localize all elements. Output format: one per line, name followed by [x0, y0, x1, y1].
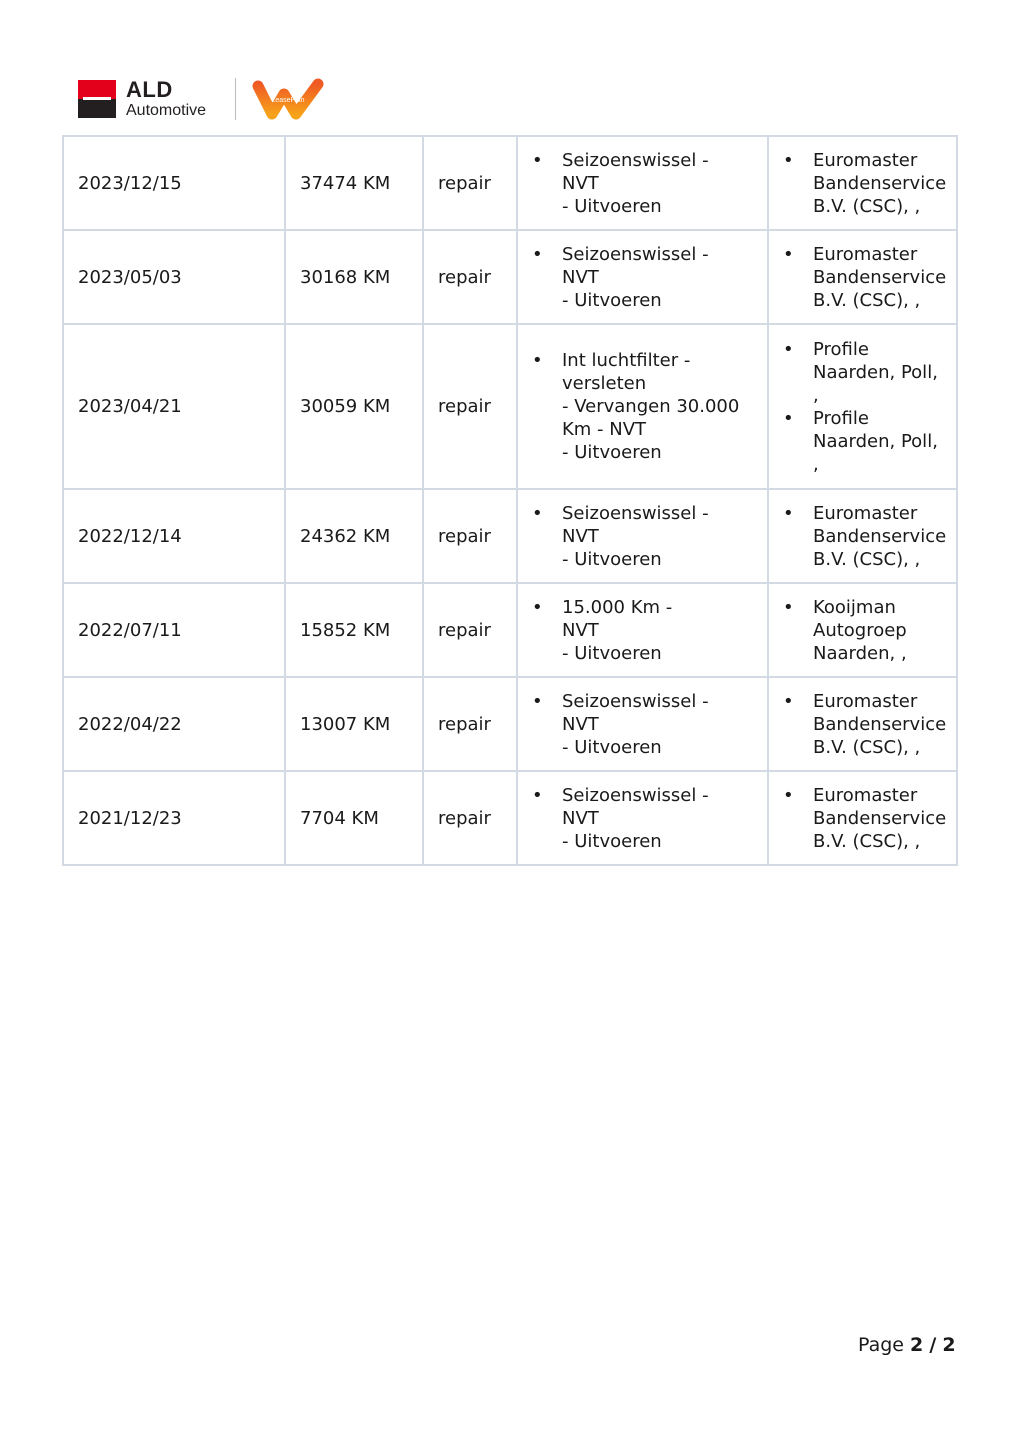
service-text: Seizoenswissel - NVT - Uitvoeren	[562, 503, 709, 570]
service-item: •Seizoenswissel - NVT - Uitvoeren	[532, 502, 767, 571]
cell-type: repair	[423, 771, 517, 865]
svg-text:LeasePlan: LeasePlan	[271, 97, 304, 104]
bullet-icon: •	[783, 407, 794, 430]
cell-services: •Int luchtfilter - versleten - Vervangen…	[517, 324, 768, 489]
bullet-icon: •	[783, 502, 794, 525]
service-item: •Seizoenswissel - NVT - Uitvoeren	[532, 243, 767, 312]
supplier-item: •Euromaster Bandenservice B.V. (CSC), ,	[783, 149, 956, 218]
supplier-text: Kooijman Autogroep Naarden, ,	[813, 597, 907, 664]
supplier-text: Euromaster Bandenservice B.V. (CSC), ,	[813, 503, 946, 570]
cell-services: •Seizoenswissel - NVT - Uitvoeren	[517, 230, 768, 324]
supplier-text: Euromaster Bandenservice B.V. (CSC), ,	[813, 785, 946, 852]
maintenance-history-table: 2023/12/1537474 KMrepair•Seizoenswissel …	[62, 135, 958, 866]
cell-type: repair	[423, 136, 517, 230]
cell-mileage: 24362 KM	[285, 489, 423, 583]
bullet-icon: •	[783, 243, 794, 266]
supplier-item: •Profile Naarden, Poll, ,	[783, 407, 956, 476]
brand-line2: Automotive	[126, 102, 206, 120]
supplier-text: Euromaster Bandenservice B.V. (CSC), ,	[813, 691, 946, 758]
cell-type: repair	[423, 324, 517, 489]
page-current: 2	[910, 1334, 923, 1356]
cell-date: 2022/07/11	[63, 583, 285, 677]
service-text: Seizoenswissel - NVT - Uitvoeren	[562, 150, 709, 217]
table-row: 2021/12/237704 KMrepair•Seizoenswissel -…	[63, 771, 957, 865]
bullet-icon: •	[532, 243, 543, 266]
service-text: 15.000 Km - NVT - Uitvoeren	[562, 597, 672, 664]
cell-type: repair	[423, 230, 517, 324]
cell-date: 2023/12/15	[63, 136, 285, 230]
table-row: 2022/07/1115852 KMrepair•15.000 Km - NVT…	[63, 583, 957, 677]
cell-date: 2022/12/14	[63, 489, 285, 583]
bullet-icon: •	[532, 784, 543, 807]
bullet-icon: •	[532, 149, 543, 172]
bullet-icon: •	[532, 502, 543, 525]
service-item: •15.000 Km - NVT - Uitvoeren	[532, 596, 767, 665]
brand-line1: ALD	[126, 78, 206, 102]
table-row: 2022/12/1424362 KMrepair•Seizoenswissel …	[63, 489, 957, 583]
cell-services: •Seizoenswissel - NVT - Uitvoeren	[517, 136, 768, 230]
supplier-item: •Profile Naarden, Poll, ,	[783, 338, 956, 407]
supplier-item: •Euromaster Bandenservice B.V. (CSC), ,	[783, 502, 956, 571]
bullet-icon: •	[532, 690, 543, 713]
page-total: 2	[942, 1334, 955, 1356]
cell-suppliers: •Euromaster Bandenservice B.V. (CSC), ,	[768, 489, 957, 583]
cell-suppliers: •Euromaster Bandenservice B.V. (CSC), ,	[768, 136, 957, 230]
supplier-item: •Euromaster Bandenservice B.V. (CSC), ,	[783, 784, 956, 853]
bullet-icon: •	[783, 784, 794, 807]
cell-date: 2023/05/03	[63, 230, 285, 324]
cell-mileage: 13007 KM	[285, 677, 423, 771]
cell-suppliers: •Profile Naarden, Poll, ,•Profile Naarde…	[768, 324, 957, 489]
cell-suppliers: •Kooijman Autogroep Naarden, ,	[768, 583, 957, 677]
service-item: •Seizoenswissel - NVT - Uitvoeren	[532, 149, 767, 218]
supplier-text: Euromaster Bandenservice B.V. (CSC), ,	[813, 150, 946, 217]
table-row: 2023/04/2130059 KMrepair•Int luchtfilter…	[63, 324, 957, 489]
supplier-text: Profile Naarden, Poll, ,	[813, 339, 938, 406]
supplier-item: •Euromaster Bandenservice B.V. (CSC), ,	[783, 690, 956, 759]
cell-mileage: 7704 KM	[285, 771, 423, 865]
service-text: Seizoenswissel - NVT - Uitvoeren	[562, 785, 709, 852]
service-text: Int luchtfilter - versleten - Vervangen …	[562, 350, 739, 463]
page-label: Page	[858, 1334, 904, 1356]
table-row: 2022/04/2213007 KMrepair•Seizoenswissel …	[63, 677, 957, 771]
logo-divider	[235, 78, 236, 120]
cell-mileage: 15852 KM	[285, 583, 423, 677]
cell-services: •Seizoenswissel - NVT - Uitvoeren	[517, 771, 768, 865]
service-item: •Seizoenswissel - NVT - Uitvoeren	[532, 690, 767, 759]
cell-type: repair	[423, 677, 517, 771]
cell-date: 2022/04/22	[63, 677, 285, 771]
ald-logo-icon	[78, 80, 116, 118]
bullet-icon: •	[783, 149, 794, 172]
bullet-icon: •	[532, 596, 543, 619]
table-row: 2023/05/0330168 KMrepair•Seizoenswissel …	[63, 230, 957, 324]
page-indicator: Page 2 / 2	[858, 1334, 956, 1356]
service-item: •Int luchtfilter - versleten - Vervangen…	[532, 349, 767, 464]
cell-type: repair	[423, 583, 517, 677]
service-text: Seizoenswissel - NVT - Uitvoeren	[562, 244, 709, 311]
service-item: •Seizoenswissel - NVT - Uitvoeren	[532, 784, 767, 853]
bullet-icon: •	[783, 596, 794, 619]
page-sep: /	[929, 1334, 936, 1356]
leaseplan-logo-icon: LeasePlan	[252, 78, 324, 120]
cell-suppliers: •Euromaster Bandenservice B.V. (CSC), ,	[768, 230, 957, 324]
cell-date: 2023/04/21	[63, 324, 285, 489]
cell-mileage: 37474 KM	[285, 136, 423, 230]
ald-wordmark: ALD Automotive	[126, 78, 206, 120]
cell-suppliers: •Euromaster Bandenservice B.V. (CSC), ,	[768, 677, 957, 771]
cell-mileage: 30059 KM	[285, 324, 423, 489]
supplier-item: •Euromaster Bandenservice B.V. (CSC), ,	[783, 243, 956, 312]
supplier-item: •Kooijman Autogroep Naarden, ,	[783, 596, 956, 665]
cell-services: •Seizoenswissel - NVT - Uitvoeren	[517, 489, 768, 583]
cell-suppliers: •Euromaster Bandenservice B.V. (CSC), ,	[768, 771, 957, 865]
bullet-icon: •	[783, 690, 794, 713]
cell-services: •Seizoenswissel - NVT - Uitvoeren	[517, 677, 768, 771]
supplier-text: Euromaster Bandenservice B.V. (CSC), ,	[813, 244, 946, 311]
cell-type: repair	[423, 489, 517, 583]
supplier-text: Profile Naarden, Poll, ,	[813, 408, 938, 475]
bullet-icon: •	[532, 349, 543, 372]
service-text: Seizoenswissel - NVT - Uitvoeren	[562, 691, 709, 758]
bullet-icon: •	[783, 338, 794, 361]
cell-mileage: 30168 KM	[285, 230, 423, 324]
cell-services: •15.000 Km - NVT - Uitvoeren	[517, 583, 768, 677]
cell-date: 2021/12/23	[63, 771, 285, 865]
table-row: 2023/12/1537474 KMrepair•Seizoenswissel …	[63, 136, 957, 230]
